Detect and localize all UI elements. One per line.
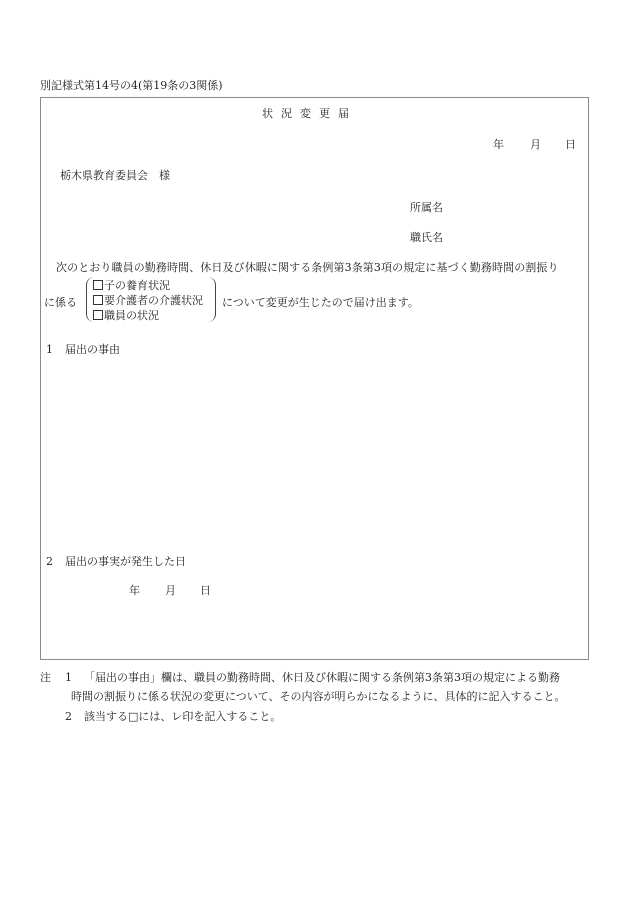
name-field[interactable]: 職氏名: [410, 232, 443, 243]
occurrence-date-month[interactable]: 月: [165, 585, 176, 596]
section-label: 届出の事由: [65, 343, 120, 356]
section-1-heading: 1届出の事由: [46, 344, 120, 355]
note-1-number: 1: [65, 672, 72, 683]
form-number-label: 別記様式第14号の4(第19条の3関係): [40, 80, 223, 91]
header-date-day[interactable]: 日: [565, 139, 576, 150]
note-1-line2: 時間の割振りに係る状況の変更について、その内容が明らかになるように、具体的に記入…: [71, 691, 566, 702]
reason-input-area[interactable]: [46, 362, 576, 537]
affiliation-field[interactable]: 所属名: [410, 202, 443, 213]
body-text-prefix: に係る: [44, 297, 77, 308]
option-label: 職員の状況: [104, 309, 159, 322]
header-date-month[interactable]: 月: [530, 139, 541, 150]
section-number: 2: [46, 555, 53, 568]
section-number: 1: [46, 343, 53, 356]
option-childcare[interactable]: 子の養育状況: [93, 280, 170, 291]
addressee: 栃木県教育委員会 様: [60, 170, 170, 181]
checkbox-icon[interactable]: [93, 280, 103, 290]
document-title: 状況変更届: [262, 108, 357, 119]
option-staff-status[interactable]: 職員の状況: [93, 310, 159, 321]
occurrence-date-day[interactable]: 日: [200, 585, 211, 596]
section-2-heading: 2届出の事実が発生した日: [46, 556, 186, 567]
checkbox-icon[interactable]: [93, 310, 103, 320]
note-2-number: 2: [65, 711, 72, 722]
section-label: 届出の事実が発生した日: [65, 555, 186, 568]
option-label: 要介護者の介護状況: [104, 294, 203, 307]
option-caregiving[interactable]: 要介護者の介護状況: [93, 295, 203, 306]
option-label: 子の養育状況: [104, 279, 170, 292]
notes-prefix: 注: [40, 672, 51, 683]
body-text-line1: 次のとおり職員の勤務時間、休日及び休暇に関する条例第3条第3項の規定に基づく勤務…: [56, 262, 559, 273]
note-1-line1: 「届出の事由」欄は、職員の勤務時間、休日及び休暇に関する条例第3条第3項の規定に…: [84, 672, 560, 683]
body-text-suffix: について変更が生じたので届け出ます。: [222, 297, 419, 308]
note-2-line1: 該当する□には、レ印を記入すること。: [84, 711, 281, 722]
checkbox-icon[interactable]: [93, 295, 103, 305]
header-date-year[interactable]: 年: [493, 139, 504, 150]
occurrence-date-year[interactable]: 年: [129, 585, 140, 596]
